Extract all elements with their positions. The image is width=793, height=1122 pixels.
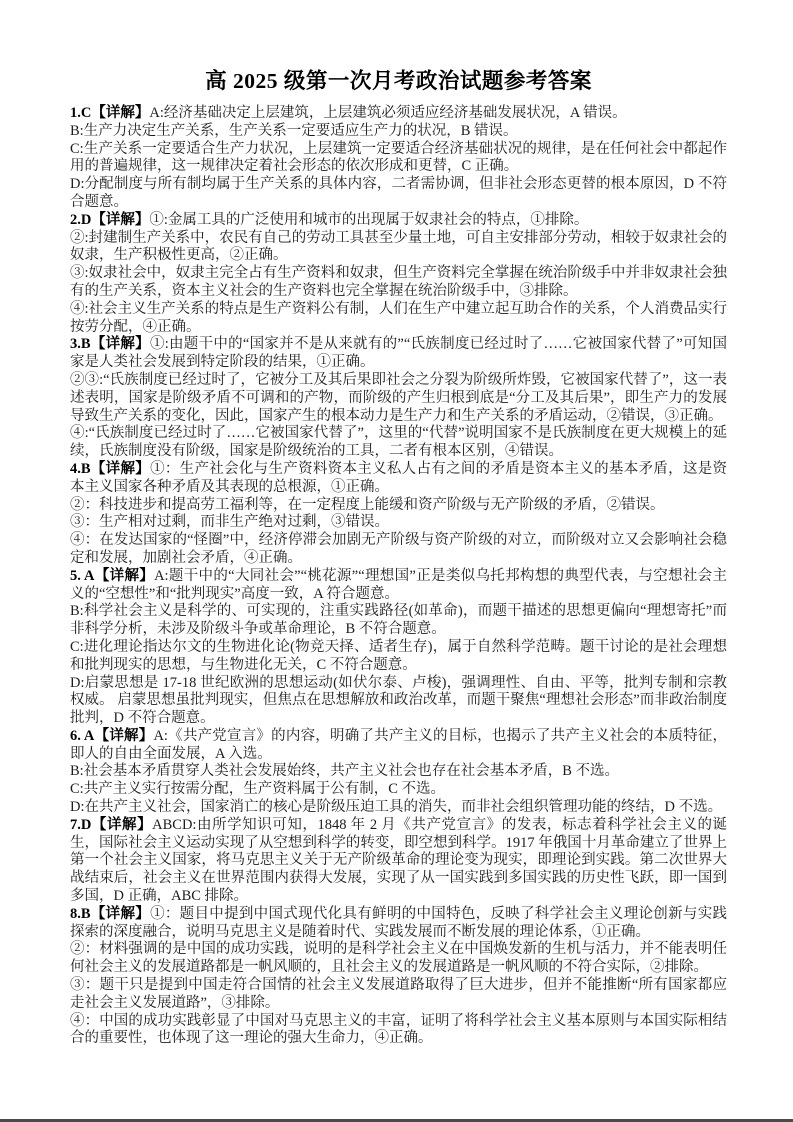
answer-block: 8.B【详解】①：题目中提到中国式现代化具有鲜明的中国特色，反映了科学社会主义理… <box>70 906 727 1048</box>
detail-label: 【详解】 <box>91 461 151 477</box>
explanation-paragraph: D:分配制度与所有制均属于生产关系的具体内容，二者需协调，但非社会形态更替的根本… <box>70 176 727 212</box>
explanation-text: A:经济基础决定上层建筑，上层建筑必须适应经济基础发展状况，A 错误。 <box>149 105 626 121</box>
answer-block: 6. A【详解】A:《共产党宣言》的内容，明确了共产主义的目标，也揭示了共产主义… <box>70 728 727 817</box>
question-number-and-answer: 3.B <box>70 336 91 352</box>
explanation-paragraph: C:共产主义实行按需分配，生产资料属于公有制，C 不选。 <box>70 781 727 799</box>
explanation-text: ①:由题干中的“国家并不是从来就有的”“氏族制度已经过时了……它被国家代替了”可… <box>70 336 727 370</box>
explanation-paragraph: ④：在发达国家的“怪圈”中，经济停滞会加剧无产阶级与资产阶级的对立，而阶级对立又… <box>70 532 727 568</box>
explanation-paragraph: 3.B【详解】①:由题干中的“国家并不是从来就有的”“氏族制度已经过时了……它被… <box>70 336 727 372</box>
detail-label: 【详解】 <box>95 568 155 584</box>
explanation-paragraph: 1.C【详解】A:经济基础决定上层建筑，上层建筑必须适应经济基础发展状况，A 错… <box>70 105 727 123</box>
question-number-and-answer: 7.D <box>70 817 91 833</box>
explanation-text: ①:金属工具的广泛使用和城市的出现属于奴隶社会的特点，①排除。 <box>149 212 588 228</box>
answers-list: 1.C【详解】A:经济基础决定上层建筑，上层建筑必须适应经济基础发展状况，A 错… <box>70 105 727 1048</box>
explanation-text: ABCD:由所学知识可知，1848 年 2 月《共产党宣言》的发表，标志着科学社… <box>70 817 727 904</box>
document-page: 高 2025 级第一次月考政治试题参考答案 1.C【详解】A:经济基础决定上层建… <box>0 0 793 1122</box>
question-number-and-answer: 1.C <box>70 105 91 121</box>
question-number-and-answer: 4.B <box>70 461 91 477</box>
explanation-paragraph: 2.D【详解】①:金属工具的广泛使用和城市的出现属于奴隶社会的特点，①排除。 <box>70 212 727 230</box>
detail-label: 【详解】 <box>91 906 151 922</box>
explanation-paragraph: B:社会基本矛盾贯穿人类社会发展始终，共产主义社会也存在社会基本矛盾，B 不选。 <box>70 763 727 781</box>
detail-label: 【详解】 <box>91 817 152 833</box>
answer-block: 1.C【详解】A:经济基础决定上层建筑，上层建筑必须适应经济基础发展状况，A 错… <box>70 105 727 212</box>
explanation-paragraph: 5. A【详解】A:题干中的“大同社会”“桃花源”“理想国”正是类似乌托邦构想的… <box>70 568 727 604</box>
page-title: 高 2025 级第一次月考政治试题参考答案 <box>70 66 727 96</box>
explanation-paragraph: B:生产力决定生产关系，生产关系一定要适应生产力的状况，B 错误。 <box>70 123 727 141</box>
explanation-paragraph: ②③:“氏族制度已经过时了，它被分工及其后果即社会之分裂为阶级所炸毁，它被国家代… <box>70 372 727 425</box>
answer-block: 5. A【详解】A:题干中的“大同社会”“桃花源”“理想国”正是类似乌托邦构想的… <box>70 568 727 728</box>
explanation-paragraph: ④:社会主义生产关系的特点是生产资料公有制，人们在生产中建立起互助合作的关系，个… <box>70 301 727 337</box>
explanation-paragraph: 4.B【详解】①：生产社会化与生产资料资本主义私人占有之间的矛盾是资本主义的基本… <box>70 461 727 497</box>
question-number-and-answer: 6. A <box>70 728 94 744</box>
detail-label: 【详解】 <box>94 728 153 744</box>
explanation-paragraph: C:生产关系一定要适合生产力状况，上层建筑一定要适合经济基础状况的规律，是在任何… <box>70 141 727 177</box>
explanation-paragraph: C:进化理论指达尔文的生物进化论(物竞天择、适者生存)，属于自然科学范畴。题干讨… <box>70 639 727 675</box>
explanation-paragraph: 6. A【详解】A:《共产党宣言》的内容，明确了共产主义的目标，也揭示了共产主义… <box>70 728 727 764</box>
explanation-paragraph: ④：中国的成功实践彰显了中国对马克思主义的丰富，证明了将科学社会主义基本原则与本… <box>70 1013 727 1049</box>
detail-label: 【详解】 <box>91 105 149 121</box>
answer-block: 3.B【详解】①:由题干中的“国家并不是从来就有的”“氏族制度已经过时了……它被… <box>70 336 727 461</box>
explanation-paragraph: 8.B【详解】①：题目中提到中国式现代化具有鲜明的中国特色，反映了科学社会主义理… <box>70 906 727 942</box>
explanation-text: ①：题目中提到中国式现代化具有鲜明的中国特色，反映了科学社会主义理论创新与实践探… <box>70 906 727 940</box>
answer-block: 4.B【详解】①：生产社会化与生产资料资本主义私人占有之间的矛盾是资本主义的基本… <box>70 461 727 568</box>
question-number-and-answer: 8.B <box>70 906 91 922</box>
answer-block: 2.D【详解】①:金属工具的广泛使用和城市的出现属于奴隶社会的特点，①排除。②:… <box>70 212 727 337</box>
explanation-paragraph: ②:封建制生产关系中，农民有自己的劳动工具甚至少量土地，可自主安排部分劳动，相较… <box>70 230 727 266</box>
explanation-paragraph: D:启蒙思想是 17-18 世纪欧洲的思想运动(如伏尔泰、卢梭)，强调理性、自由… <box>70 675 727 728</box>
explanation-paragraph: ②：科技进步和提高劳工福利等，在一定程度上能缓和资产阶级与无产阶级的矛盾，②错误… <box>70 497 727 515</box>
question-number-and-answer: 5. A <box>70 568 95 584</box>
detail-label: 【详解】 <box>91 336 150 352</box>
explanation-paragraph: D:在共产主义社会，国家消亡的核心是阶级压迫工具的消失，而非社会组织管理功能的终… <box>70 799 727 817</box>
explanation-paragraph: ③:奴隶社会中，奴隶主完全占有生产资料和奴隶，但生产资料完全掌握在统治阶级手中并… <box>70 265 727 301</box>
explanation-text: ①：生产社会化与生产资料资本主义私人占有之间的矛盾是资本主义的基本矛盾，这是资本… <box>70 461 727 495</box>
explanation-paragraph: ④:“氏族制度已经过时了……它被国家代替了”，这里的“代替”说明国家不是氏族制度… <box>70 425 727 461</box>
explanation-text: A:题干中的“大同社会”“桃花源”“理想国”正是类似乌托邦构想的典型代表，与空想… <box>70 568 727 602</box>
question-number-and-answer: 2.D <box>70 212 91 228</box>
explanation-paragraph: ②：材料强调的是中国的成功实践，说明的是科学社会主义在中国焕发新的生机与活力，并… <box>70 941 727 977</box>
explanation-paragraph: ③：题干只是提到中国走符合国情的社会主义发展道路取得了巨大进步，但并不能推断“所… <box>70 977 727 1013</box>
explanation-paragraph: 7.D【详解】ABCD:由所学知识可知，1848 年 2 月《共产党宣言》的发表… <box>70 817 727 906</box>
explanation-text: A:《共产党宣言》的内容，明确了共产主义的目标，也揭示了共产主义社会的本质特征，… <box>70 728 727 762</box>
explanation-paragraph: ③：生产相对过剩，而非生产绝对过剩，③错误。 <box>70 514 727 532</box>
answer-block: 7.D【详解】ABCD:由所学知识可知，1848 年 2 月《共产党宣言》的发表… <box>70 817 727 906</box>
explanation-paragraph: B:科学社会主义是科学的、可实现的，注重实践路径(如革命)，而题干描述的思想更偏… <box>70 603 727 639</box>
detail-label: 【详解】 <box>91 212 149 228</box>
